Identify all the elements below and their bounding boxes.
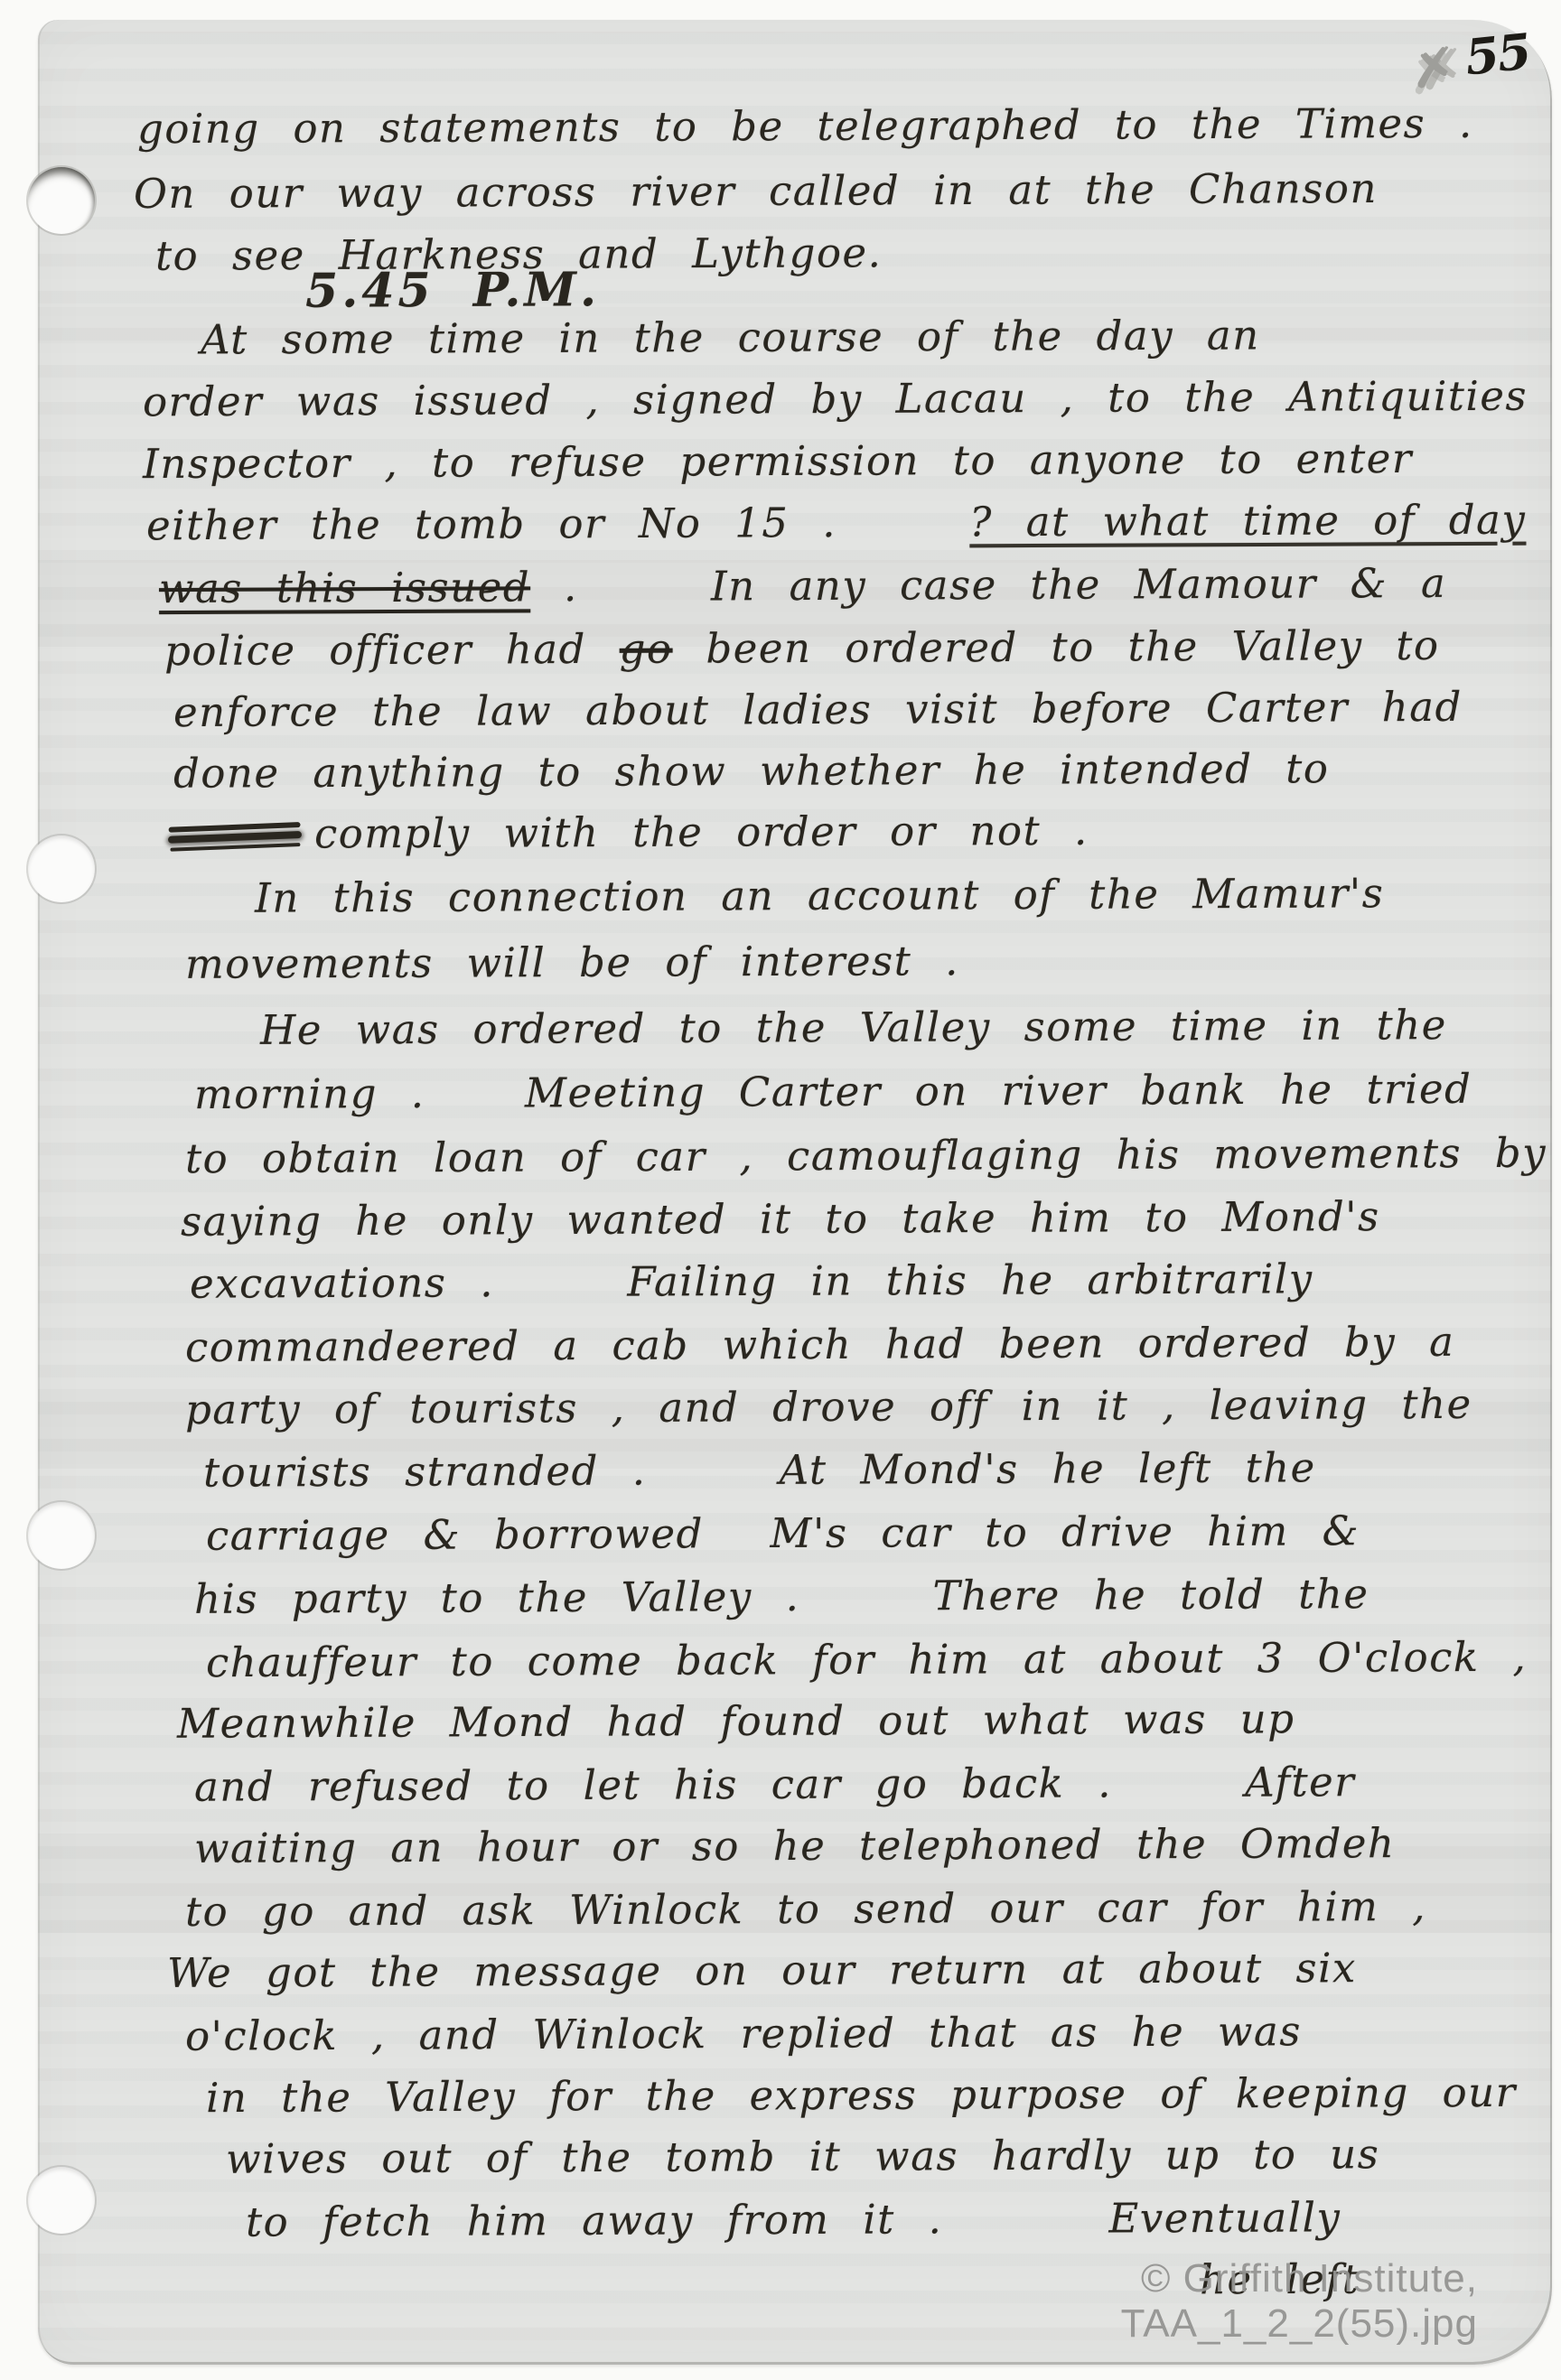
handwritten-text: police officer had xyxy=(164,625,620,675)
handwritten-text: to go and ask Winlock to send our car fo… xyxy=(185,1882,1426,1936)
handwritten-text: movements will be of interest . xyxy=(185,937,959,988)
hole-punch xyxy=(28,1502,95,1569)
handwritten-text: either the tomb or No 15 . xyxy=(146,498,969,549)
handwritten-line: going on statements to be telegraphed to… xyxy=(137,98,1473,154)
handwritten-text: wives out of the tomb it was hardly up t… xyxy=(226,2130,1379,2183)
handwritten-line: done anything to show whether he intende… xyxy=(173,743,1330,799)
handwritten-text: ? at what time of day xyxy=(969,496,1526,546)
handwritten-text: Meanwhile Mond had found out what was up xyxy=(177,1694,1295,1747)
handwritten-text: comply with the order or not . xyxy=(314,807,1089,858)
handwritten-text: order was issued , signed by Lacau , to … xyxy=(143,372,1528,426)
handwritten-line: 5.45 P.M. xyxy=(305,265,600,316)
copyright-watermark: © Griffith Institute, TAA_1_2_2(55).jpg xyxy=(813,2256,1478,2347)
handwritten-text: We got the message on our return at abou… xyxy=(167,1944,1357,1997)
watermark-line1: © Griffith Institute, xyxy=(813,2256,1478,2301)
handwritten-text: was this issued xyxy=(159,563,530,612)
handwritten-text: Inspector , to refuse permission to anyo… xyxy=(143,434,1413,488)
handwritten-line: morning . Meeting Carter on river bank h… xyxy=(194,1064,1472,1120)
handwritten-line: tourists stranded . At Mond's he left th… xyxy=(203,1442,1316,1498)
handwritten-line: We got the message on our return at abou… xyxy=(167,1943,1357,1999)
hole-punch xyxy=(28,2167,95,2234)
handwritten-text: In any case the Mamour & a xyxy=(711,559,1447,611)
handwritten-text: chauffeur to come back for him at about … xyxy=(206,1633,1527,1686)
handwritten-text: saying he only wanted it to take him to … xyxy=(181,1192,1380,1246)
handwritten-line: chauffeur to come back for him at about … xyxy=(206,1632,1527,1688)
scanned-document: ✗ 55 going on statements to be telegraph… xyxy=(0,0,1561,2380)
handwritten-line: comply with the order or not . xyxy=(168,806,1089,860)
handwritten-line: At some time in the course of the day an xyxy=(201,310,1260,365)
handwritten-line: carriage & borrowed M's car to drive him… xyxy=(206,1506,1360,1562)
handwritten-text: He was ordered to the Valley some time i… xyxy=(260,1001,1447,1054)
handwritten-line: waiting an hour or so he telephoned the … xyxy=(194,1818,1396,1874)
handwritten-text: tourists stranded . At Mond's he left th… xyxy=(203,1443,1316,1496)
handwritten-line: Meanwhile Mond had found out what was up xyxy=(177,1694,1295,1749)
handwritten-text: At some time in the course of the day an xyxy=(201,311,1260,363)
scribbled-out-word xyxy=(168,831,302,844)
handwritten-line: to go and ask Winlock to send our car fo… xyxy=(185,1881,1426,1937)
handwritten-text: commandeered a cab which had been ordere… xyxy=(185,1318,1455,1371)
hole-punch xyxy=(28,835,95,902)
handwritten-line: In this connection an account of the Mam… xyxy=(255,868,1384,923)
handwritten-line: his party to the Valley . There he told … xyxy=(194,1569,1369,1625)
handwritten-text: 5.45 P.M. xyxy=(305,262,600,318)
handwritten-text: to fetch him away from it . Eventually xyxy=(246,2193,1341,2245)
page-number: 55 xyxy=(1463,22,1532,86)
handwritten-line: order was issued , signed by Lacau , to … xyxy=(143,371,1528,428)
handwritten-line: wives out of the tomb it was hardly up t… xyxy=(226,2129,1379,2185)
handwritten-line: police officer had go been ordered to th… xyxy=(164,621,1440,677)
handwritten-line: to fetch him away from it . Eventually xyxy=(246,2192,1341,2247)
handwritten-line: either the tomb or No 15 . ? at what tim… xyxy=(146,495,1527,552)
handwritten-line: enforce the law about ladies visit befor… xyxy=(173,682,1463,738)
handwritten-text: excavations . Failing in this he arbitra… xyxy=(190,1255,1313,1307)
handwritten-text: o'clock , and Winlock replied that as he… xyxy=(185,2007,1302,2059)
handwritten-line: in the Valley for the express purpose of… xyxy=(206,2067,1517,2123)
watermark-line2: TAA_1_2_2(55).jpg xyxy=(813,2301,1478,2347)
handwritten-line: excavations . Failing in this he arbitra… xyxy=(190,1254,1313,1309)
handwritten-text: waiting an hour or so he telephoned the … xyxy=(194,1819,1396,1872)
handwritten-text: going on statements to be telegraphed to… xyxy=(137,99,1473,153)
handwritten-line: On our way across river called in at the… xyxy=(134,163,1378,219)
handwritten-text: morning . Meeting Carter on river bank h… xyxy=(194,1065,1472,1118)
handwritten-text: to obtain loan of car , camouflaging his… xyxy=(185,1129,1547,1183)
handwritten-text: In this connection an account of the Mam… xyxy=(255,869,1384,921)
handwritten-line: o'clock , and Winlock replied that as he… xyxy=(185,2006,1302,2061)
handwritten-text: his party to the Valley . There he told … xyxy=(194,1570,1369,1623)
handwritten-line: party of tourists , and drove off in it … xyxy=(185,1379,1472,1435)
handwritten-line: He was ordered to the Valley some time i… xyxy=(260,1000,1447,1056)
hole-punch xyxy=(28,167,95,234)
handwritten-text: and refused to let his car go back . Aft… xyxy=(194,1758,1355,1811)
handwritten-line: commandeered a cab which had been ordere… xyxy=(185,1317,1455,1373)
handwritten-line: Inspector , to refuse permission to anyo… xyxy=(143,434,1413,490)
handwritten-line: saying he only wanted it to take him to … xyxy=(181,1191,1380,1247)
handwritten-text: carriage & borrowed M's car to drive him… xyxy=(206,1507,1360,1560)
handwritten-line: movements will be of interest . xyxy=(185,936,959,990)
handwritten-line: to obtain loan of car , camouflaging his… xyxy=(185,1128,1547,1185)
handwritten-line: was this issued . In any case the Mamour… xyxy=(159,558,1446,614)
handwritten-text: in the Valley for the express purpose of… xyxy=(206,2068,1517,2122)
handwritten-text: party of tourists , and drove off in it … xyxy=(185,1380,1472,1433)
handwritten-text: enforce the law about ladies visit befor… xyxy=(173,683,1463,736)
handwritten-text: On our way across river called in at the… xyxy=(134,164,1378,218)
handwritten-text: go xyxy=(620,625,673,673)
handwritten-text: been ordered to the Valley to xyxy=(672,621,1439,673)
handwritten-text: . xyxy=(530,562,711,611)
handwritten-text: done anything to show whether he intende… xyxy=(173,744,1330,798)
handwritten-line: and refused to let his car go back . Aft… xyxy=(194,1757,1355,1813)
